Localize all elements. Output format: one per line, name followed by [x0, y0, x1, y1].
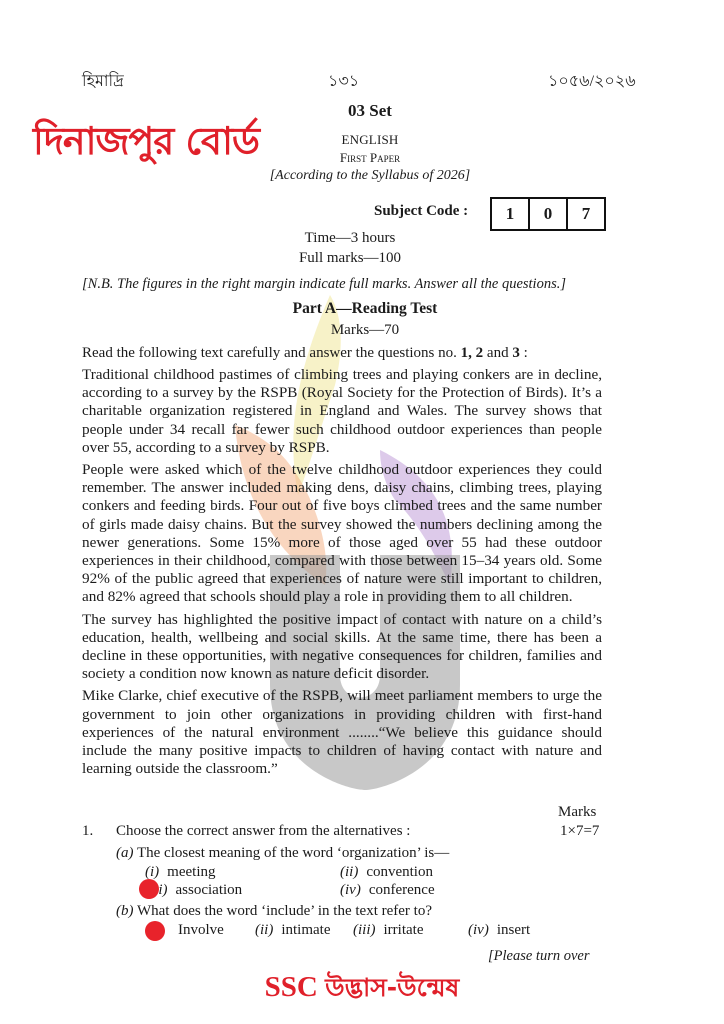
answer-marker-icon: [139, 879, 159, 899]
instruction-last-number: 3: [512, 345, 520, 361]
subject-code-label: Subject Code :: [374, 203, 468, 220]
reading-instruction: Read the following text carefully and an…: [82, 345, 528, 362]
publisher-name: হিমাদ্রি: [82, 68, 124, 95]
option-a-i: (i)meeting: [145, 864, 216, 881]
question-number: 1.: [82, 823, 93, 840]
option-text: intimate: [281, 922, 330, 938]
passage-paragraph: Mike Clarke, chief executive of the RSPB…: [82, 687, 602, 778]
option-a-ii: (ii)convention: [340, 864, 433, 881]
footer-brand-bn: উদ্ভাস-উন্মেষ: [325, 973, 459, 1002]
subquestion-b: (b) What does the word ‘include’ in the …: [116, 903, 432, 920]
option-number: (ii): [255, 922, 273, 938]
part-a-title: Part A—Reading Test: [250, 300, 480, 318]
subject-title: ENGLISH: [315, 132, 425, 148]
option-a-iv: (iv)conference: [340, 882, 435, 899]
option-number: (iv): [340, 882, 361, 898]
question-text: Choose the correct answer from the alter…: [116, 823, 410, 840]
answer-marker-icon: [145, 921, 165, 941]
subject-code-digit: 7: [568, 199, 604, 229]
subject-code-digit: 0: [530, 199, 568, 229]
option-text: association: [176, 882, 243, 898]
option-number: (ii): [340, 864, 358, 880]
part-a-marks: Marks—70: [290, 322, 440, 339]
instruction-suffix: :: [520, 345, 528, 361]
option-text: conference: [369, 882, 435, 898]
option-number: (iii): [353, 922, 376, 938]
footer-brand: SSC উদ্ভাস-উন্মেষ: [0, 968, 724, 1011]
passage-paragraph: People were asked which of the twelve ch…: [82, 461, 602, 607]
instruction-and: and: [483, 345, 512, 361]
option-text: Involve: [178, 922, 224, 938]
question-reference: ১০৫৬/২০২৬: [548, 68, 636, 95]
option-number: (i): [145, 864, 159, 880]
instruction-text: Read the following text carefully and an…: [82, 345, 461, 361]
time-limit: Time—3 hours: [290, 230, 410, 247]
question-marks: 1×7=7: [560, 823, 599, 840]
passage-paragraph: The survey has highlighted the positive …: [82, 611, 602, 684]
passage-paragraph: Traditional childhood pastimes of climbi…: [82, 366, 602, 457]
subquestion-a: (a) The closest meaning of the word ‘org…: [116, 845, 449, 862]
footer-brand-en: SSC: [265, 971, 318, 1003]
instruction-numbers: 1, 2: [461, 345, 484, 361]
option-b-ii: (ii)intimate: [255, 922, 330, 939]
subquestion-label: (a): [116, 845, 134, 861]
board-stamp: দিনাজপুর বোর্ড: [33, 112, 259, 176]
subquestion-text: The closest meaning of the word ‘organiz…: [137, 845, 449, 861]
full-marks: Full marks—100: [285, 250, 415, 267]
option-number: (iv): [468, 922, 489, 938]
marks-column-header: Marks: [558, 804, 596, 821]
subject-code-box: 1 0 7: [490, 197, 606, 231]
subquestion-text: What does the word ‘include’ in the text…: [137, 903, 432, 919]
turn-over-note: [Please turn over: [488, 948, 589, 965]
set-label: 03 Set: [315, 101, 425, 121]
option-b-iii: (iii)irritate: [353, 922, 423, 939]
option-text: insert: [497, 922, 530, 938]
subject-code-digit: 1: [492, 199, 530, 229]
subquestion-label: (b): [116, 903, 134, 919]
option-text: meeting: [167, 864, 215, 880]
option-b-i: Involve: [178, 922, 224, 939]
paper-title: First Paper: [305, 150, 435, 166]
nb-note: [N.B. The figures in the right margin in…: [82, 276, 566, 293]
option-b-iv: (iv)insert: [468, 922, 530, 939]
page-number: ১৩১: [328, 68, 359, 95]
reading-passage: Traditional childhood pastimes of climbi…: [82, 366, 602, 782]
option-text: convention: [366, 864, 433, 880]
option-a-iii: (iii)association: [145, 882, 242, 899]
syllabus-note: [According to the Syllabus of 2026]: [225, 168, 515, 184]
option-text: irritate: [384, 922, 424, 938]
